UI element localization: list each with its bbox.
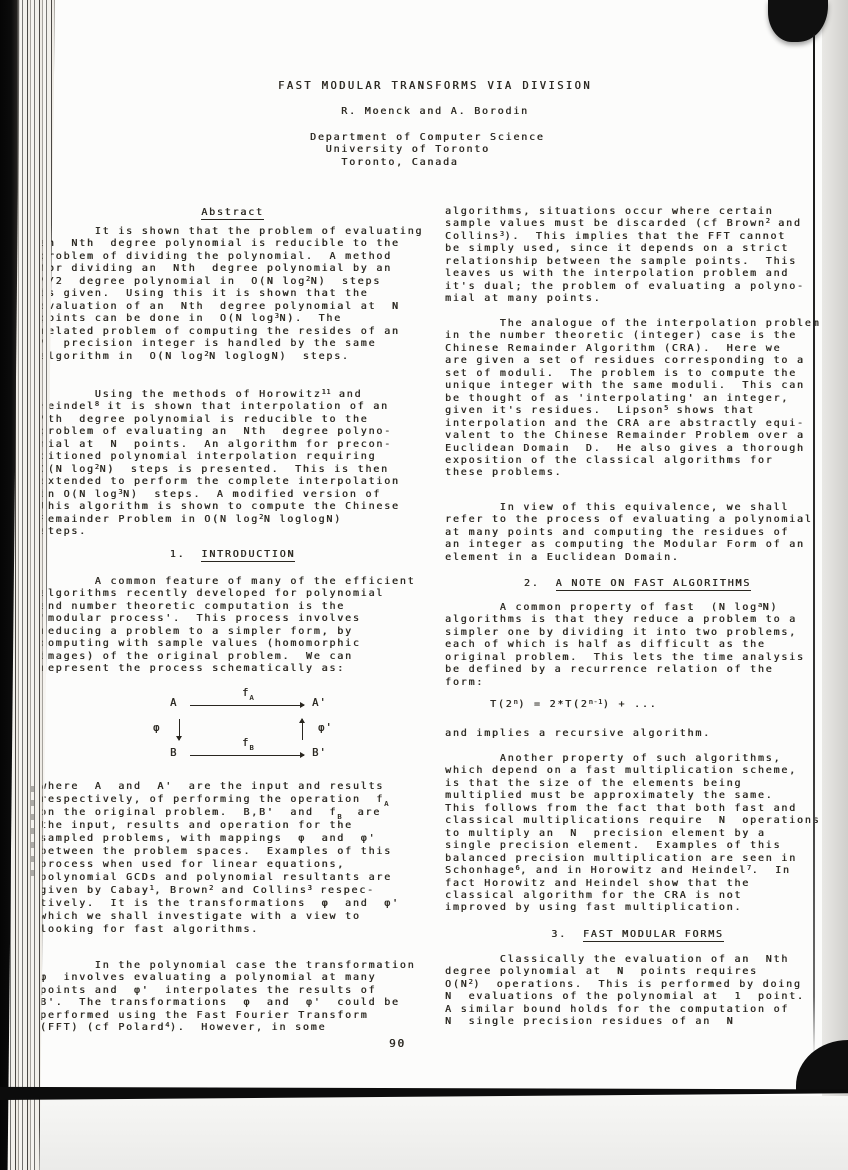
diagram-f-sub-top: A [249, 694, 254, 702]
diagram-node-a: A [170, 697, 177, 709]
page-edge-line-right [813, 34, 815, 1058]
diagram-top-arrow [190, 705, 304, 706]
abstract-paragraph-1: It is shown that the problem of evaluati… [40, 226, 423, 363]
scanner-bottom-strip [0, 1096, 848, 1170]
section-3-number: 3. [551, 929, 567, 940]
diagram-bottom-arrow [190, 755, 304, 756]
diagram-top-arrow-label: fA [242, 687, 254, 699]
diagram-left-down-arrow [179, 719, 180, 740]
diagram-node-a-prime: A' [312, 697, 327, 709]
section-2-paragraph-1: A common property of fast (N logaN) algo… [445, 602, 805, 689]
diagram-node-b: B [170, 747, 177, 759]
section-2-paragraph-2: and implies a recursive algorithm. [445, 728, 711, 740]
abstract-paragraph-2: Using the methods of Horowitz11 and Hein… [40, 389, 400, 538]
diagram-phi-prime-label: φ' [318, 722, 333, 734]
right-paragraph-equivalence: In view of this equivalence, we shall re… [445, 502, 813, 564]
diagram-bottom-arrow-label: fB [242, 737, 254, 749]
abstract-heading: Abstract [40, 207, 425, 219]
diagram-phi-label: φ [153, 722, 160, 734]
introduction-paragraph-2: where A and A' are the input and results… [40, 780, 400, 936]
paper-title: FAST MODULAR TRANSFORMS VIA DIVISION [40, 80, 830, 92]
section-2-paragraph-3: Another property of such algorithms, whi… [445, 753, 820, 915]
affiliation-block: Department of Computer Science Universit… [310, 132, 545, 169]
margin-pencil-marks [31, 786, 34, 882]
abstract-heading-text: Abstract [201, 207, 264, 220]
modular-process-diagram: A A' fA φ φ' B B' fB [40, 694, 425, 776]
section-1-number: 1. [170, 549, 186, 560]
section-1-title: INTRODUCTION [201, 549, 295, 562]
diagram-node-b-prime: B' [312, 747, 327, 759]
section-3-paragraph-1: Classically the evaluation of an Nth deg… [445, 954, 805, 1029]
right-paragraph-continuation: algorithms, situations occur where certa… [445, 206, 805, 306]
section-2-title: A NOTE ON FAST ALGORITHMS [556, 578, 752, 591]
introduction-paragraph-1: A common feature of many of the efficien… [40, 576, 415, 676]
diagram-right-up-arrow [302, 719, 303, 740]
right-paragraph-analogue: The analogue of the interpolation proble… [445, 318, 820, 480]
section-2-number: 2. [524, 578, 540, 589]
scanned-page: FAST MODULAR TRANSFORMS VIA DIVISION R. … [0, 0, 848, 1170]
section-2-heading: 2.A NOTE ON FAST ALGORITHMS [445, 578, 830, 590]
introduction-paragraph-3: In the polynomial case the transformatio… [40, 960, 415, 1035]
section-1-heading: 1.INTRODUCTION [40, 549, 425, 561]
section-3-heading: 3.FAST MODULAR FORMS [445, 929, 830, 941]
authors-line: R. Moenck and A. Borodin [40, 106, 830, 118]
section-3-title: FAST MODULAR FORMS [583, 929, 724, 942]
recurrence-formula: T(2n) = 2*T(2n-1) + ... [490, 699, 657, 711]
page-number: 90 [389, 1038, 406, 1050]
diagram-f-sub-bottom: B [249, 744, 254, 752]
